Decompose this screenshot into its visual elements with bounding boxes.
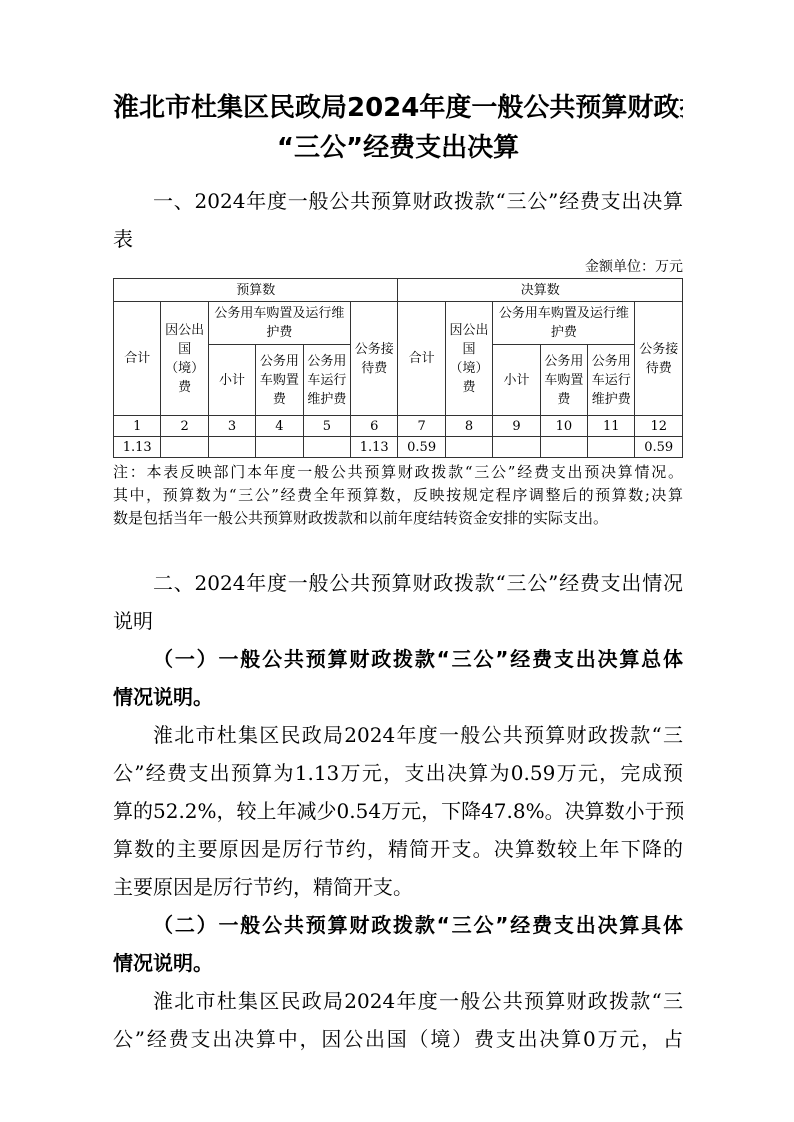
header-budget-total: 合计 — [114, 302, 161, 416]
table-unit-label: 金额单位：万元 — [113, 258, 683, 276]
section-2-heading: 二、2024年度一般公共预算财政拨款“三公”经费支出情况 说明 — [113, 564, 683, 640]
page-title-line-1: 淮北市杜集区民政局2024年度一般公共预算财政拨款 — [113, 88, 683, 128]
header-final-maintain: 公务用 车运行 维护费 — [588, 345, 635, 416]
value-cell — [256, 437, 303, 458]
value-row: 1.13 1.13 0.59 0.59 — [114, 437, 683, 458]
paragraph-line: 公”经费支出决算中，因公出国（境）费支出决算0万元，占 — [113, 1020, 683, 1058]
column-number: 12 — [635, 416, 683, 437]
page-title: 淮北市杜集区民政局2024年度一般公共预算财政拨款 “三公”经费支出决算 — [113, 88, 683, 168]
column-number-row: 1 2 3 4 5 6 7 8 9 10 11 12 — [114, 416, 683, 437]
paragraph-line: 公”经费支出预算为1.13万元，支出决算为0.59万元，完成预 — [113, 754, 683, 792]
column-number: 5 — [303, 416, 350, 437]
table-note-line: 其中，预算数为“三公”经费全年预算数，反映按规定程序调整后的预算数;决算 — [113, 484, 683, 507]
subsection-1-heading-line: （一）一般公共预算财政拨款“三公”经费支出决算总体 — [113, 640, 683, 678]
paragraph-2: 淮北市杜集区民政局2024年度一般公共预算财政拨款“三 公”经费支出决算中，因公… — [113, 982, 683, 1058]
header-final-reception: 公务接 待费 — [635, 302, 683, 416]
subsection-1-heading: （一）一般公共预算财政拨款“三公”经费支出决算总体 情况说明。 — [113, 640, 683, 716]
paragraph-line: 淮北市杜集区民政局2024年度一般公共预算财政拨款“三 — [113, 716, 683, 754]
column-number: 9 — [493, 416, 540, 437]
header-final-subtotal: 小计 — [493, 345, 540, 416]
subsection-2-heading: （二）一般公共预算财政拨款“三公”经费支出决算具体 情况说明。 — [113, 906, 683, 982]
value-cell: 0.59 — [635, 437, 683, 458]
three-public-expense-table: 预算数 决算数 合计 因公出 国（境） 费 公务用车购置及运行维 护费 公务接 … — [113, 278, 683, 458]
column-number: 11 — [588, 416, 635, 437]
paragraph-line: 主要原因是厉行节约，精简开支。 — [113, 868, 683, 906]
paragraph-line: 淮北市杜集区民政局2024年度一般公共预算财政拨款“三 — [113, 982, 683, 1020]
subsection-2-heading-line: 情况说明。 — [113, 944, 683, 982]
column-number: 4 — [256, 416, 303, 437]
page-title-line-2: “三公”经费支出决算 — [113, 128, 683, 168]
table-row: 合计 因公出 国（境） 费 公务用车购置及运行维 护费 公务接 待费 合计 因公… — [114, 302, 683, 345]
column-number: 7 — [398, 416, 445, 437]
value-cell — [208, 437, 255, 458]
section-1-heading: 一、2024年度一般公共预算财政拨款“三公”经费支出决算 表 — [113, 182, 683, 258]
paragraph-1: 淮北市杜集区民政局2024年度一般公共预算财政拨款“三 公”经费支出预算为1.1… — [113, 716, 683, 906]
paragraph-line: 算的52.2%，较上年减少0.54万元，下降47.8%。决算数小于预 — [113, 792, 683, 830]
value-cell: 1.13 — [114, 437, 161, 458]
section-2-heading-line: 说明 — [113, 602, 683, 640]
table-note-line: 注：本表反映部门本年度一般公共预算财政拨款“三公”经费支出预决算情况。 — [113, 461, 683, 484]
subsection-1-heading-line: 情况说明。 — [113, 678, 683, 716]
column-number: 1 — [114, 416, 161, 437]
header-final-abroad: 因公出 国（境） 费 — [445, 302, 492, 416]
value-cell — [588, 437, 635, 458]
table-row: 预算数 决算数 — [114, 279, 683, 302]
header-budget-abroad: 因公出 国（境） 费 — [161, 302, 208, 416]
section-2-heading-line: 二、2024年度一般公共预算财政拨款“三公”经费支出情况 — [113, 564, 683, 602]
header-final-total: 合计 — [398, 302, 445, 416]
section-1-heading-line: 一、2024年度一般公共预算财政拨款“三公”经费支出决算 — [113, 182, 683, 220]
value-cell — [445, 437, 492, 458]
header-budget-maintain: 公务用 车运行 维护费 — [303, 345, 350, 416]
value-cell — [493, 437, 540, 458]
explanation-section: 二、2024年度一般公共预算财政拨款“三公”经费支出情况 说明 （一）一般公共预… — [113, 564, 683, 1058]
value-cell: 1.13 — [351, 437, 398, 458]
section-1-heading-line: 表 — [113, 220, 683, 258]
header-budget-subtotal: 小计 — [208, 345, 255, 416]
column-number: 2 — [161, 416, 208, 437]
document-page: 淮北市杜集区民政局2024年度一般公共预算财政拨款 “三公”经费支出决算 一、2… — [0, 0, 794, 1122]
table-note-line: 数是包括当年一般公共预算财政拨款和以前年度结转资金安排的实际支出。 — [113, 507, 683, 530]
header-final-purchase: 公务用 车购置 费 — [540, 345, 587, 416]
value-cell — [540, 437, 587, 458]
value-cell — [303, 437, 350, 458]
column-number: 10 — [540, 416, 587, 437]
column-number: 6 — [351, 416, 398, 437]
header-budget-purchase: 公务用 车购置 费 — [256, 345, 303, 416]
header-budget-reception: 公务接 待费 — [351, 302, 398, 416]
header-final-group: 决算数 — [398, 279, 683, 302]
subsection-2-heading-line: （二）一般公共预算财政拨款“三公”经费支出决算具体 — [113, 906, 683, 944]
value-cell: 0.59 — [398, 437, 445, 458]
column-number: 3 — [208, 416, 255, 437]
paragraph-line: 算数的主要原因是厉行节约，精简开支。决算数较上年下降的 — [113, 830, 683, 868]
header-final-vehicle: 公务用车购置及运行维 护费 — [493, 302, 635, 345]
header-budget-group: 预算数 — [114, 279, 398, 302]
header-budget-vehicle: 公务用车购置及运行维 护费 — [208, 302, 350, 345]
table-note: 注：本表反映部门本年度一般公共预算财政拨款“三公”经费支出预决算情况。 其中，预… — [113, 461, 683, 530]
value-cell — [161, 437, 208, 458]
column-number: 8 — [445, 416, 492, 437]
